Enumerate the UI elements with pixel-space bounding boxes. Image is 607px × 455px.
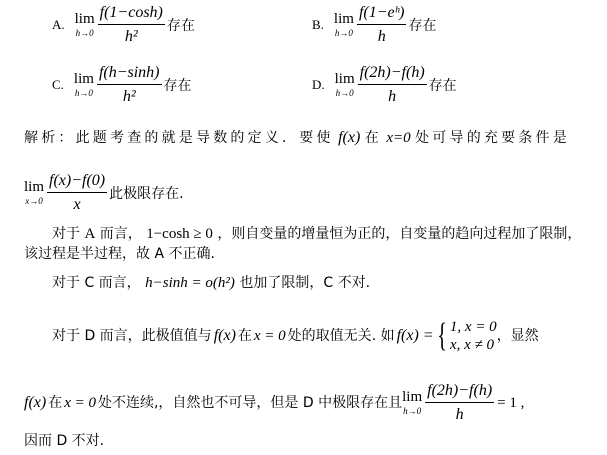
fraction: f(x)−f(0) x — [47, 172, 107, 213]
analysis-option-d-line2: f(x) 在 x = 0 处不连续,，自然也不可导，但是 D 中极限存在且 li… — [24, 382, 524, 423]
limit-operator: limh→0 — [334, 12, 354, 38]
numerator: f(x)−f(0) — [47, 172, 107, 193]
analysis-option-c: 对于 C 而言， h−sinh = o(h²) 也加了限制，C 不对. — [52, 273, 370, 293]
option-c: C. limh→0 f(h−sinh) h² 存在 — [52, 64, 192, 105]
denominator: x — [74, 193, 81, 214]
analysis-option-a-line2: 该过程是半过程，故 A 不正确. — [24, 244, 215, 264]
option-d: D. limh→0 f(2h)−f(h) h 存在 — [312, 64, 457, 105]
math-x0: x=0 — [386, 130, 410, 146]
fraction: f(1−eʰ) h — [357, 4, 407, 45]
option-suffix: 存在 — [164, 75, 192, 95]
limit-operator: limx→0 — [24, 180, 44, 206]
fraction: f(2h)−f(h) h — [358, 64, 427, 105]
numerator: f(h−sinh) — [97, 64, 162, 85]
numerator: f(2h)−f(h) — [425, 382, 494, 403]
math-fx: f(x) — [338, 129, 360, 146]
denominator: h — [456, 403, 464, 424]
limit-operator: limh→0 — [75, 12, 95, 38]
option-label: C. — [52, 77, 64, 93]
option-label: A. — [52, 17, 65, 33]
math-little-o: h−sinh = o(h²) — [145, 275, 235, 291]
fraction: f(2h)−f(h) h — [425, 382, 494, 423]
option-a: A. limh→0 f(1−cosh) h² 存在 — [52, 4, 195, 45]
denominator: h² — [125, 25, 138, 46]
piecewise-function-name: f(x) = — [397, 326, 434, 346]
denominator: h² — [123, 85, 136, 106]
piecewise-function: { 1, x = 0 x, x ≠ 0 — [434, 318, 497, 354]
fraction: f(h−sinh) h² — [97, 64, 162, 105]
denominator: h — [388, 85, 396, 106]
analysis-option-a-line1: 对于 A 而言， 1−cosh ≥ 0 ，则自变量的增量恒为正的，自变量的趋向过… — [52, 224, 581, 244]
denominator: h — [378, 25, 386, 46]
numerator: f(1−eʰ) — [357, 4, 407, 25]
option-label: B. — [312, 17, 324, 33]
option-label: D. — [312, 77, 325, 93]
analysis-option-d-line1: 对于 D 而言，此极值值与 f(x) 在 x = 0 处的取值无关. 如 f(x… — [52, 318, 539, 354]
option-suffix: 存在 — [408, 15, 436, 35]
fraction: f(1−cosh) h² — [98, 4, 165, 45]
math-inequality: 1−cosh ≥ 0 — [146, 226, 213, 242]
case-2: x, x ≠ 0 — [450, 336, 497, 354]
option-suffix: 存在 — [167, 15, 195, 35]
derivative-definition: limx→0 f(x)−f(0) x 此极限存在. — [24, 172, 184, 213]
option-suffix: 存在 — [429, 75, 457, 95]
limit-operator: limh→0 — [402, 390, 422, 416]
limit-operator: limh→0 — [335, 72, 355, 98]
numerator: f(1−cosh) — [98, 4, 165, 25]
case-1: 1, x = 0 — [450, 318, 497, 336]
analysis-intro: 解析：此题考查的就是导数的定义．要使 f(x) 在 x=0 处可导的充要条件是 — [24, 128, 570, 148]
option-b: B. limh→0 f(1−eʰ) h 存在 — [312, 4, 436, 45]
numerator: f(2h)−f(h) — [358, 64, 427, 85]
analysis-conclusion: 因而 D 不对. — [24, 431, 104, 451]
limit-operator: limh→0 — [74, 72, 94, 98]
